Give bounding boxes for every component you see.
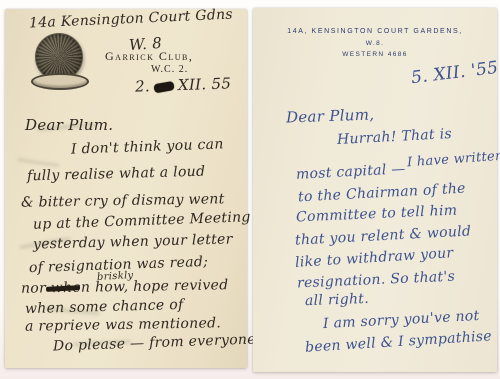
handwritten-line: up at the Committee Meeting bbox=[33, 210, 251, 233]
handwritten-line: been well & I sympathise bbox=[305, 329, 493, 356]
salutation: Dear Plum. bbox=[25, 117, 113, 134]
handwritten-date: 5. XII. '55 bbox=[410, 59, 499, 88]
handwritten-line: to the Chairman of the bbox=[298, 182, 466, 206]
handwritten-address-line: 14a Kensington Court Gdns bbox=[29, 8, 233, 32]
printed-letterhead: 14a, Kensington Court Gardens, W.8. West… bbox=[253, 28, 497, 58]
handwritten-line: I am sorry you've not bbox=[323, 309, 480, 333]
handwritten-date: 2.XII. 55 bbox=[135, 75, 232, 95]
scribble-deletion bbox=[153, 81, 174, 93]
handwritten-line: fully realise what a loud bbox=[27, 165, 206, 185]
garrick-club-letter: 14a Kensington Court Gdns W. 8 Garrick C… bbox=[5, 9, 247, 368]
handwritten-line: most capital — bbox=[296, 162, 406, 183]
date-day: 2. bbox=[135, 77, 151, 96]
handwritten-line: I don't think you can bbox=[71, 137, 224, 158]
handwritten-line: yesterday when your letter bbox=[33, 232, 233, 253]
printed-postal-district: W.8. bbox=[253, 40, 497, 47]
handwritten-line: like to withdraw your bbox=[295, 246, 454, 271]
handwritten-line: Hurrah! That is bbox=[337, 127, 453, 148]
salutation: Dear Plum, bbox=[286, 106, 375, 126]
handwritten-line: all right. bbox=[305, 292, 369, 310]
garrick-club-seal-icon bbox=[31, 33, 87, 99]
ink-bleedthrough bbox=[17, 158, 59, 167]
handwritten-line: Committee to tell him bbox=[296, 203, 458, 225]
seal-ribbon bbox=[31, 73, 89, 90]
handwritten-line: Do please — from everyone bbox=[53, 332, 256, 354]
handwritten-line: when some chance of bbox=[25, 298, 184, 318]
kensington-letter: 14a, Kensington Court Gardens, W.8. West… bbox=[253, 8, 497, 372]
handwritten-line: & bitter cry of dismay went bbox=[21, 192, 225, 211]
printed-club-name: Garrick Club, bbox=[105, 49, 193, 64]
handwritten-line: resignation. So that's bbox=[297, 270, 456, 292]
photo-of-two-letters: 14a Kensington Court Gdns W. 8 Garrick C… bbox=[0, 0, 500, 379]
printed-phone: Western 4686 bbox=[253, 51, 497, 58]
handwritten-line: a reprieve was mentioned. bbox=[25, 316, 221, 335]
printed-postal-district: W.C. 2. bbox=[151, 64, 188, 75]
printed-address: 14a, Kensington Court Gardens, bbox=[253, 28, 497, 35]
date-rest: XII. 55 bbox=[178, 74, 232, 94]
handwritten-line: I have written bbox=[407, 150, 500, 171]
